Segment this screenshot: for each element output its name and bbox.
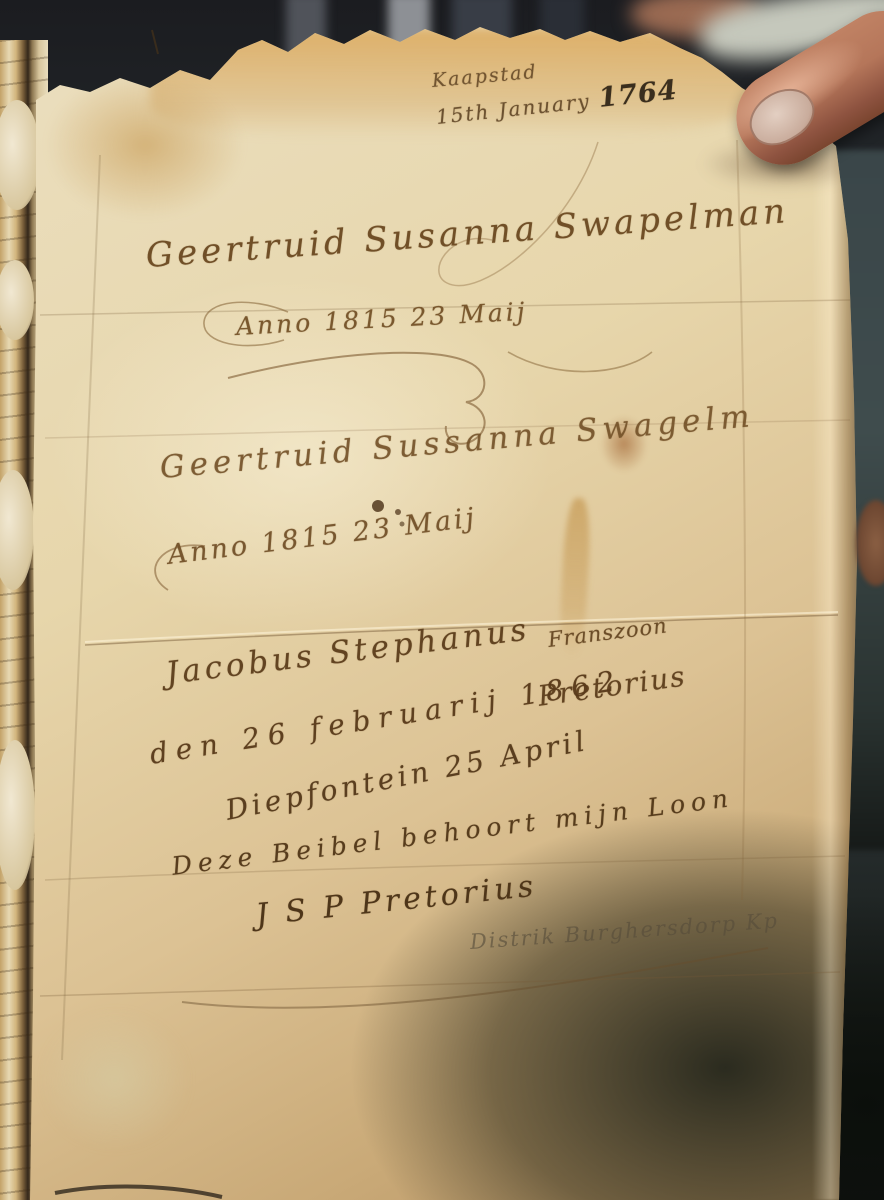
- spine-flake: [0, 740, 35, 890]
- stain-bottom-left: [40, 1010, 190, 1150]
- spine-flake: [0, 100, 40, 210]
- spine-flake: [0, 260, 34, 340]
- book-page: [0, 0, 884, 1200]
- stain-top-left: [45, 70, 245, 220]
- photograph-of-old-book-flyleaf: Kaapstad 15th January 1764 Geertruid Sus…: [0, 0, 884, 1200]
- spine-flake: [0, 470, 34, 590]
- thumb-nail: [740, 78, 824, 156]
